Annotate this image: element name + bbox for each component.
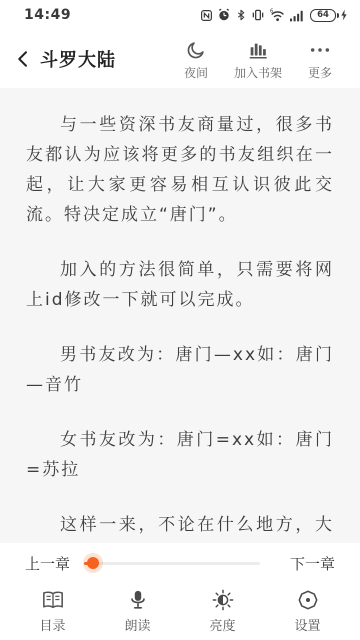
bottom-toolbar: 目录 朗读	[0, 583, 360, 640]
more-label: 更多	[308, 64, 332, 81]
nfc-icon	[200, 9, 213, 22]
wifi6-icon: 6	[269, 8, 285, 22]
header-actions: 夜间 加入书架 更多	[170, 37, 346, 81]
progress-slider[interactable]	[84, 555, 260, 571]
bookshelf-icon	[247, 39, 269, 61]
settings-icon	[297, 589, 319, 611]
book-title: 斗罗大陆	[40, 46, 116, 72]
prev-chapter-button[interactable]: 上一章	[25, 553, 70, 574]
status-icons: 6 64	[200, 8, 348, 22]
alarm-icon	[217, 8, 231, 22]
add-to-bookshelf-button[interactable]: 加入书架	[232, 37, 284, 81]
bluetooth-icon	[235, 8, 247, 22]
read-aloud-icon	[127, 589, 149, 611]
paragraph: 与一些资深书友商量过，很多书友都认为应该将更多的书友组织在一起，让大家更容易相互…	[26, 110, 334, 230]
signal-icon	[289, 9, 304, 22]
chapter-nav: 上一章 下一章	[0, 543, 360, 583]
more-button[interactable]: 更多	[294, 37, 346, 81]
contents-icon	[41, 589, 65, 611]
paragraph: 这样一来，不论在什么地方，大家看到彼此的id，就知道都是喜欢小三的书友了。更方便…	[26, 510, 334, 543]
brightness-label: 亮度	[209, 615, 235, 634]
slider-track	[84, 562, 260, 565]
brightness-icon	[212, 589, 234, 611]
next-chapter-button[interactable]: 下一章	[290, 553, 335, 574]
battery-percent: 64	[317, 11, 329, 20]
contents-button[interactable]: 目录	[23, 587, 83, 634]
charging-bolt-icon	[340, 9, 348, 21]
reader-content[interactable]: 与一些资深书友商量过，很多书友都认为应该将更多的书友组织在一起，让大家更容易相互…	[0, 88, 360, 543]
paragraph: 男书友改为：唐门—xx如：唐门—音竹	[26, 340, 334, 400]
settings-label: 设置	[294, 615, 320, 634]
status-bar: 14:49	[0, 0, 360, 30]
more-icon	[308, 39, 332, 61]
settings-button[interactable]: 设置	[278, 587, 338, 634]
back-button[interactable]: 斗罗大陆	[14, 46, 116, 72]
battery-icon: 64	[310, 9, 348, 22]
paragraph: 加入的方法很简单，只需要将网上id修改一下就可以完成。	[26, 255, 334, 315]
read-aloud-label: 朗读	[124, 615, 150, 634]
night-mode-button[interactable]: 夜间	[170, 37, 222, 81]
slider-thumb[interactable]	[87, 557, 99, 569]
reader-header: 斗罗大陆 夜间 加入书架	[0, 30, 360, 88]
night-mode-label: 夜间	[184, 64, 208, 81]
add-to-bookshelf-label: 加入书架	[234, 64, 282, 81]
contents-label: 目录	[39, 615, 65, 634]
back-icon	[14, 50, 32, 68]
paragraph: 女书友改为：唐门=xx如：唐门=苏拉	[26, 425, 334, 485]
read-aloud-button[interactable]: 朗读	[108, 587, 168, 634]
vibrate-icon	[251, 8, 265, 22]
brightness-button[interactable]: 亮度	[193, 587, 253, 634]
moon-icon	[185, 39, 207, 61]
reader-screen: 14:49	[0, 0, 360, 640]
status-time: 14:49	[24, 7, 71, 23]
